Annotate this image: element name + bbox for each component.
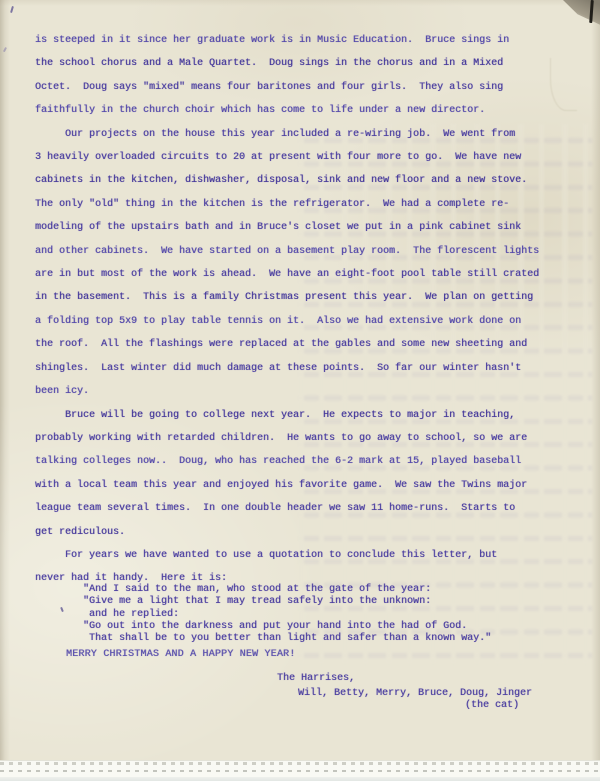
typed-line: modeling of the upstairs bath and in Bru…	[35, 216, 539, 239]
paper-crease	[550, 58, 577, 111]
typed-line: Our projects on the house this year incl…	[35, 123, 539, 146]
typed-line: shingles. Last winter did much damage at…	[35, 357, 539, 380]
letter-body: is steeped in it since her graduate work…	[35, 29, 539, 591]
quotation-block: "And I said to the man, who stood at the…	[35, 584, 491, 645]
plastic-sleeve-seam	[0, 760, 600, 781]
quote-line: and he replied:	[35, 609, 491, 621]
signature-members: Will, Betty, Merry, Bruce, Doug, Jinger	[298, 688, 532, 700]
typed-line: are in but most of the work is ahead. We…	[35, 263, 539, 286]
typed-line: the roof. All the flashings were replace…	[35, 333, 539, 356]
sleeve-stitch-line	[0, 770, 600, 772]
typed-line: is steeped in it since her graduate work…	[35, 29, 539, 52]
quote-line: "And I said to the man, who stood at the…	[35, 584, 491, 596]
typed-line: in the basement. This is a family Christ…	[35, 286, 539, 309]
typed-line: The only "old" thing in the kitchen is t…	[35, 193, 539, 216]
typed-line: been icy.	[35, 380, 539, 403]
holiday-greeting: MERRY CHRISTMAS AND A HAPPY NEW YEAR!	[66, 649, 295, 661]
letter-page: is steeped in it since her graduate work…	[0, 0, 600, 781]
typed-line: talking colleges now.. Doug, who has rea…	[35, 450, 539, 473]
typed-line: and other cabinets. We have started on a…	[35, 240, 539, 263]
signature-family-name: The Harrises,	[277, 673, 355, 685]
typed-line: 3 heavily overloaded circuits to 20 at p…	[35, 146, 539, 169]
quote-line: "Go out into the darkness and put your h…	[35, 621, 491, 633]
signature-cat: (the cat)	[465, 700, 519, 712]
typed-line: league team several times. In one double…	[35, 497, 539, 520]
ink-speck	[3, 47, 7, 52]
typed-line: get rediculous.	[35, 521, 539, 544]
typed-line: a folding top 5x9 to play table tennis o…	[35, 310, 539, 333]
typed-line: Octet. Doug says "mixed" means four bari…	[35, 76, 539, 99]
quote-line: "Give me a light that I may tread safely…	[35, 596, 491, 608]
typed-line: faithfully in the church choir which has…	[35, 99, 539, 122]
typed-line: cabinets in the kitchen, dishwasher, dis…	[35, 169, 539, 192]
typed-line: with a local team this year and enjoyed …	[35, 474, 539, 497]
quote-line: That shall be to you better than light a…	[35, 633, 491, 645]
typed-line: For years we have wanted to use a quotat…	[35, 544, 539, 567]
ink-speck	[10, 6, 14, 13]
typed-line: probably working with retarded children.…	[35, 427, 539, 450]
typed-line: the school chorus and a Male Quartet. Do…	[35, 52, 539, 75]
typed-line: Bruce will be going to college next year…	[35, 404, 539, 427]
